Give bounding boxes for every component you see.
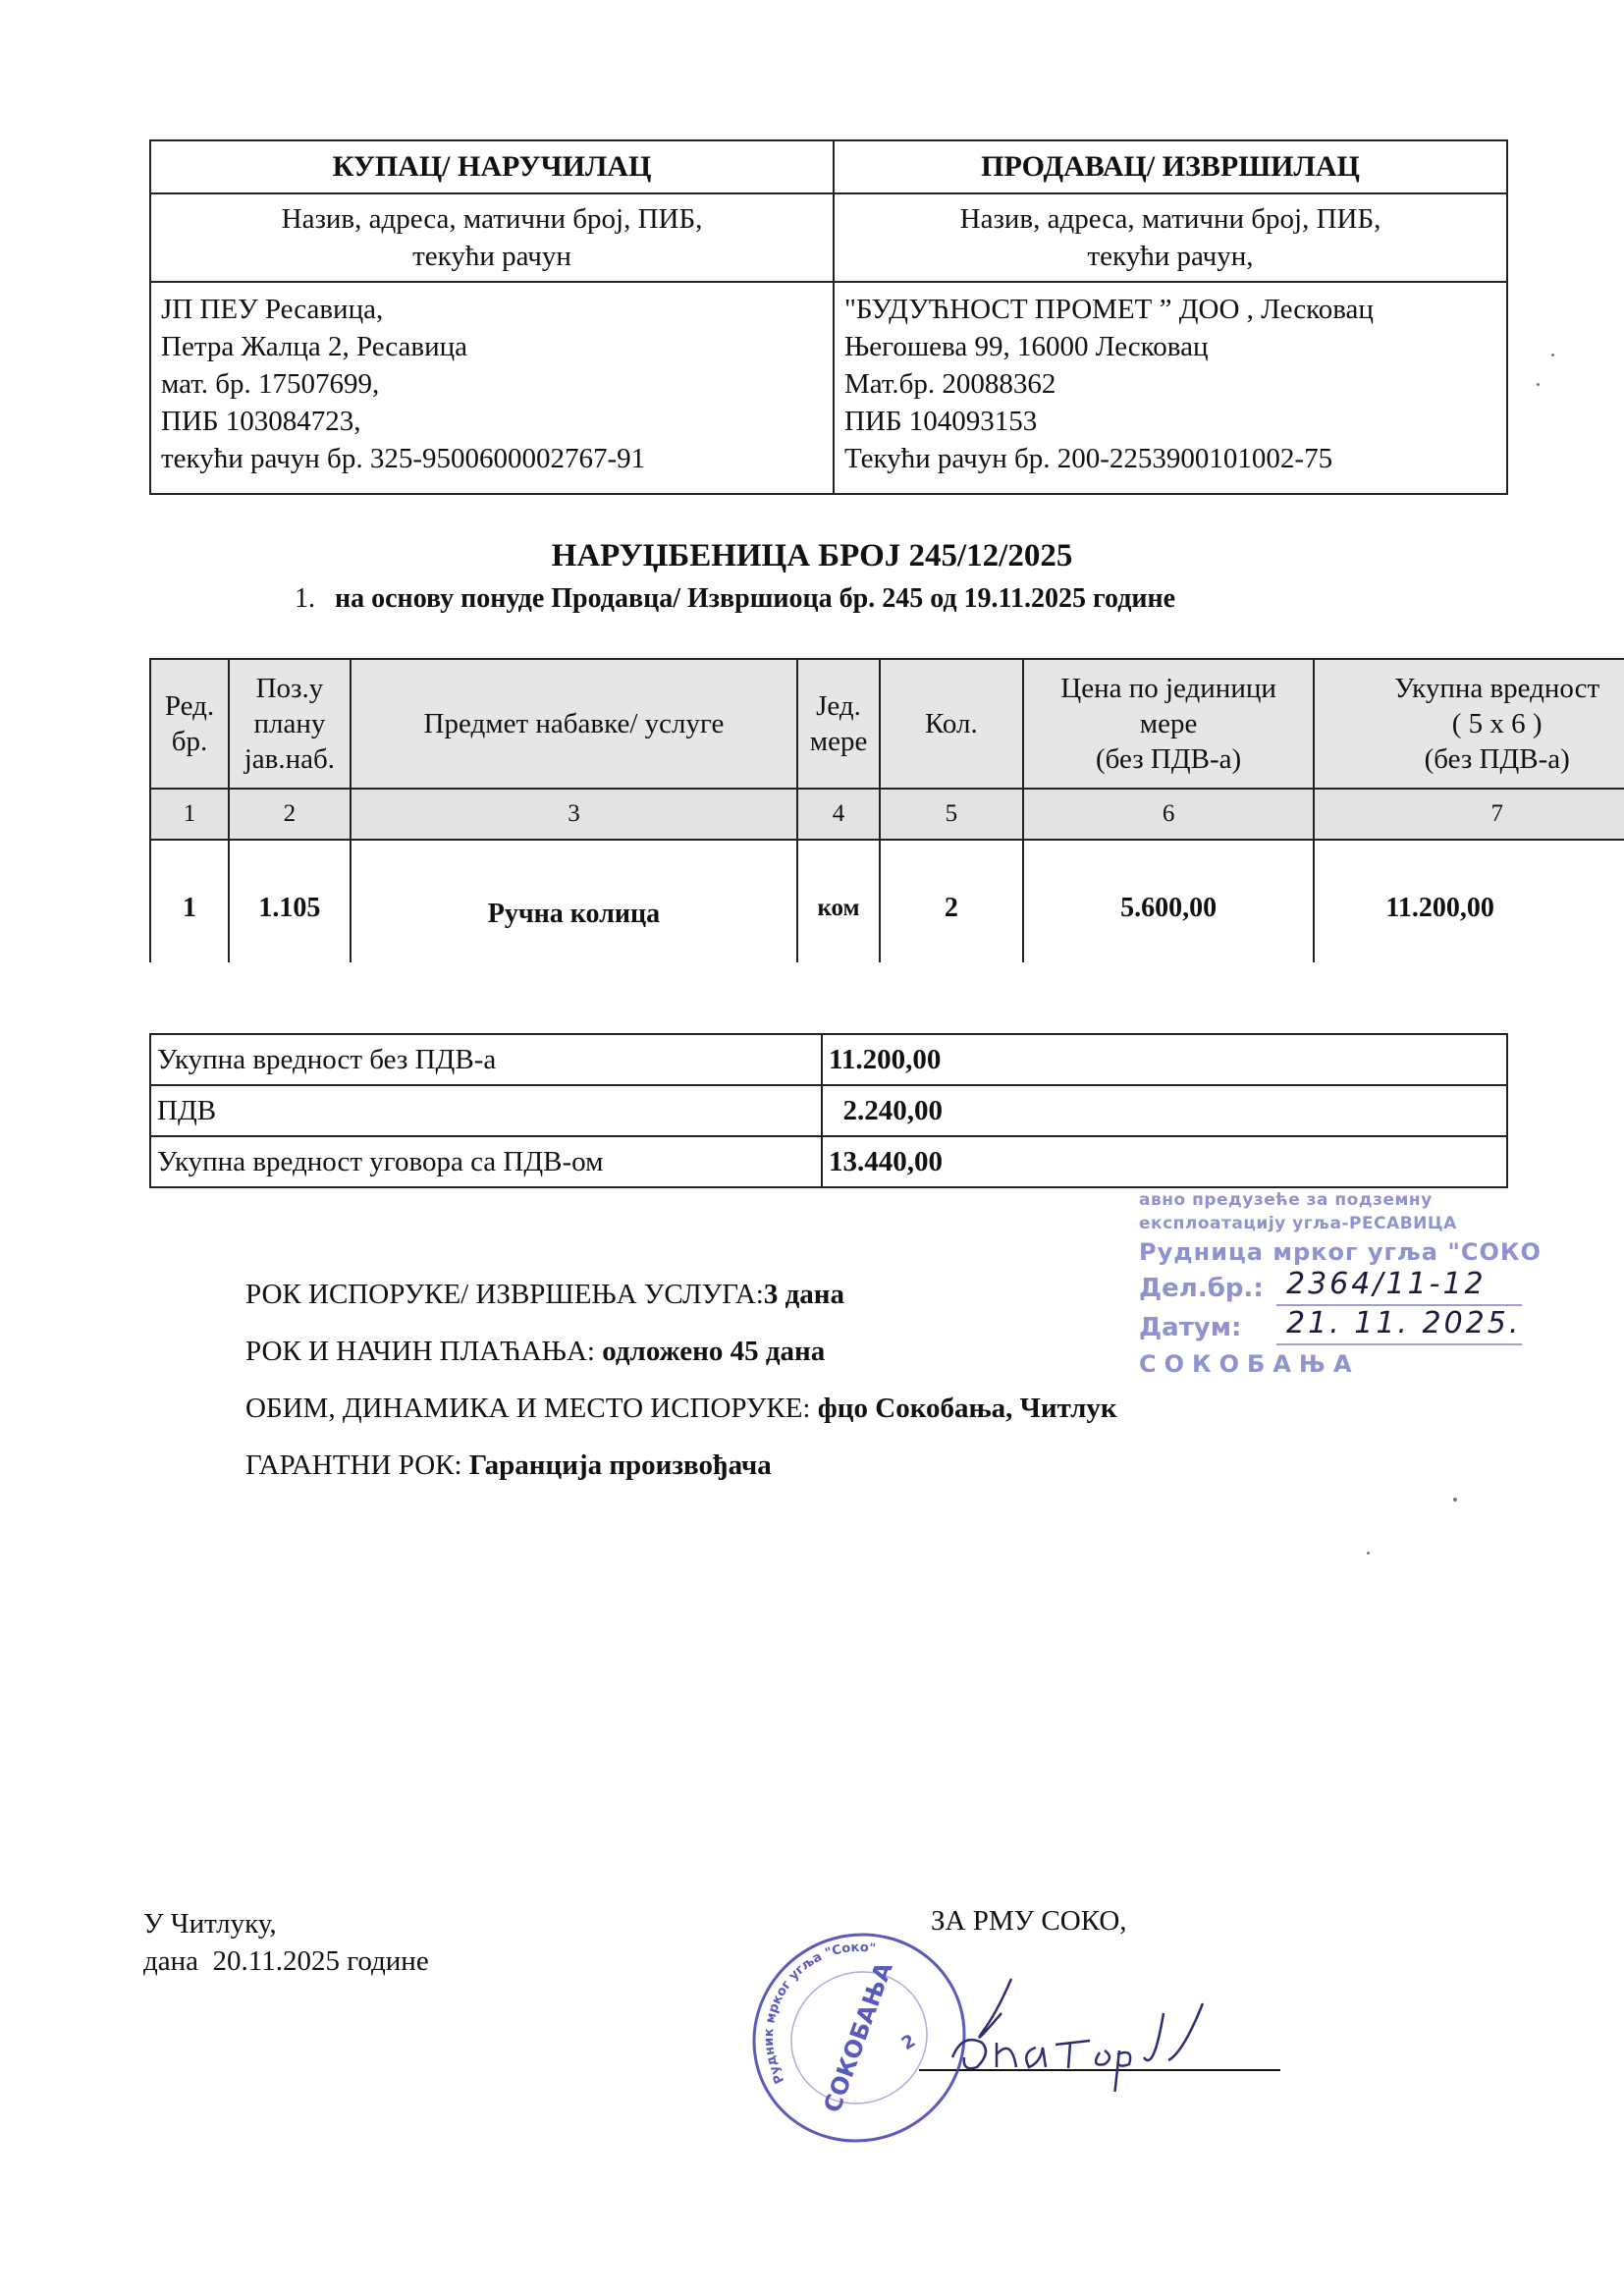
delivery-place-term: ОБИМ, ДИНАМИКА И МЕСТО ИСПОРУКЕ: фцо Сок… [245,1393,1117,1425]
column-header: Ред.бр. [150,659,229,789]
column-header: Јед.мере [797,659,880,789]
round-stamp-icon: Рудник мрког угља "Соко" СОКОБАЊА 2 [746,1925,972,2151]
signature-icon [943,1974,1276,2092]
term-label: РОК ИСПОРУКЕ/ ИЗВРШЕЊА УСЛУГА: [245,1279,764,1310]
buyer-subheader-line: Назив, адреса, матични број, ПИБ, [159,200,825,238]
stamp-reg-label: Дел.бр.: [1139,1274,1264,1303]
term-label: РОК И НАЧИН ПЛАЋАЊА: [245,1336,602,1367]
seller-header: ПРОДАВАЦ/ ИЗВРШИЛАЦ [834,140,1507,193]
offer-reference: 1.на основу понуде Продавца/ Извршиоца б… [295,583,1175,615]
term-value: 3 дана [764,1279,844,1310]
scan-artifact [1367,1552,1370,1555]
column-header-line: (без ПДВ-а) [1316,741,1624,777]
seller-bank-account: Текући рачун бр. 200-2253900101002-75 [844,440,1498,477]
item-name: Ручна колица [351,840,797,962]
column-header-line: Цена по јединици [1025,671,1313,706]
buyer-tax-id: ПИБ 103084723, [161,403,825,440]
plan-position: 1.105 [229,840,351,962]
table-row: 1 1.105 Ручна колица ком 2 5.600,00 11.2… [150,840,1624,962]
round-stamp-city: СОКОБАЊА [818,1958,897,2116]
unit: ком [797,840,880,962]
buyer-header: КУПАЦ/ НАРУЧИЛАЦ [150,140,834,193]
column-number: 5 [880,789,1023,840]
buyer-name: ЈП ПЕУ Ресавица, [161,291,825,328]
quantity: 2 [880,840,1023,962]
stamp-date-label: Датум: [1139,1313,1241,1342]
buyer-subheader: Назив, адреса, матични број, ПИБ, текући… [150,193,834,282]
buyer-subheader-line: текући рачун [159,238,825,275]
seller-details: "БУДУЋНОСТ ПРОМЕТ ” ДОО , Лесковац Његош… [834,282,1507,494]
place-and-date: У Читлуку, дана 20.11.2025 године [143,1905,429,1980]
term-value: Гаранција произвођача [469,1449,772,1481]
term-label: ОБИМ, ДИНАМИКА И МЕСТО ИСПОРУКЕ: [245,1393,818,1424]
column-header: Цена по јединицимере(без ПДВ-а) [1023,659,1315,789]
column-header: Укупна вредност( 5 х 6 )(без ПДВ-а) [1314,659,1624,789]
seller-subheader-line: Назив, адреса, матични број, ПИБ, [842,200,1498,238]
column-header: Предмет набавке/ услуге [351,659,797,789]
summary-value: 2.240,00 [822,1085,1507,1136]
column-header-line: Кол. [882,706,1021,741]
column-number-row: 1234567 [150,789,1624,840]
buyer-bank-account: текући рачун бр. 325-9500600002767-91 [161,440,825,477]
stamp-date-value: 21. 11. 2025. [1286,1304,1521,1343]
items-table: Ред.бр.Поз.упланујав.наб.Предмет набавке… [149,658,1624,962]
column-header-line: јав.наб. [231,741,349,777]
buyer-address: Петра Жалца 2, Ресавица [161,328,825,365]
items-table-container: Ред.бр.Поз.упланујав.наб.Предмет набавке… [149,658,1624,962]
seller-subheader: Назив, адреса, матични број, ПИБ, текући… [834,193,1507,282]
column-header-line: плану [231,706,349,741]
seller-subheader-line: текући рачун, [842,238,1498,275]
summary-value: 11.200,00 [822,1034,1507,1085]
column-number: 2 [229,789,351,840]
buyer-reg-number: мат. бр. 17507699, [161,365,825,403]
stamp-city: СОКОБАЊА [1139,1347,1532,1381]
column-number: 1 [150,789,229,840]
summary-label: ПДВ [150,1085,822,1136]
column-header-line: ( 5 х 6 ) [1316,706,1624,741]
offer-reference-text: на основу понуде Продавца/ Извршиоца бр.… [335,583,1175,614]
summary-row-net: Укупна вредност без ПДВ-а 11.200,00 [150,1034,1507,1085]
items-header-row: Ред.бр.Поз.упланујав.наб.Предмет набавке… [150,659,1624,789]
column-header-line: Ред. [152,688,227,724]
stamp-reg-field: Дел.бр.: 2364/11-12 [1139,1269,1532,1308]
summary-row-vat: ПДВ 2.240,00 [150,1085,1507,1136]
buyer-details: ЈП ПЕУ Ресавица, Петра Жалца 2, Ресавица… [150,282,834,494]
column-header: Кол. [880,659,1023,789]
column-header-line: Предмет набавке/ услуге [352,706,795,741]
column-number: 7 [1314,789,1624,840]
column-header-line: мере [1025,706,1313,741]
summary-row-gross: Укупна вредност уговора са ПДВ-ом 13.440… [150,1136,1507,1187]
scan-artifact [1453,1498,1457,1502]
underline [1276,1343,1522,1345]
delivery-term: РОК ИСПОРУКЕ/ ИЗВРШЕЊА УСЛУГА:3 дана [245,1279,844,1311]
scan-artifact [1551,354,1554,356]
seller-name: "БУДУЋНОСТ ПРОМЕТ ” ДОО , Лесковац [844,291,1498,328]
column-header-line: Јед. [799,688,878,724]
payment-term: РОК И НАЧИН ПЛАЋАЊА: одложено 45 дана [245,1336,825,1368]
place: У Читлуку, [143,1905,429,1942]
seller-address: Његошева 99, 16000 Лесковац [844,328,1498,365]
summary-value: 13.440,00 [822,1136,1507,1187]
stamp-date-field: Датум: 21. 11. 2025. [1139,1308,1532,1347]
row-number: 1 [150,840,229,962]
seller-tax-id: ПИБ 104093153 [844,403,1498,440]
term-label: ГАРАНТНИ РОК: [245,1449,469,1481]
issue-date: дана 20.11.2025 године [143,1942,429,1980]
unit-price: 5.600,00 [1023,840,1315,962]
svg-text:Рудник мрког угља "Соко": Рудник мрког угља "Соко" [746,1925,914,2087]
column-number: 6 [1023,789,1315,840]
stamp-line: авно предузеће за подземну [1139,1188,1532,1212]
registration-stamp: авно предузеће за подземну експлоатацију… [1139,1188,1532,1381]
page-title: НАРУЏБЕНИЦА БРОЈ 245/12/2025 [0,538,1624,574]
summary-label: Укупна вредност уговора са ПДВ-ом [150,1136,822,1187]
column-number: 4 [797,789,880,840]
warranty-term: ГАРАНТНИ РОК: Гаранција произвођача [245,1449,772,1482]
stamp-line: експлоатацију угља-РЕСАВИЦА [1139,1212,1532,1235]
list-number: 1. [295,583,315,614]
term-value: фцо Сокобања, Читлук [818,1393,1117,1424]
round-stamp-text: Рудник мрког угља "Соко" [746,1925,914,2087]
column-header-line: Укупна вредност [1316,671,1624,706]
column-header: Поз.упланујав.наб. [229,659,351,789]
summary-label: Укупна вредност без ПДВ-а [150,1034,822,1085]
column-header-line: мере [799,724,878,759]
stamp-reg-value: 2364/11-12 [1286,1265,1487,1304]
column-number: 3 [351,789,797,840]
column-header-line: (без ПДВ-а) [1025,741,1313,777]
scan-artifact [1537,383,1540,386]
svg-text:2: 2 [898,2031,919,2054]
stamp-line: Рудница мрког угља "СОКО [1139,1235,1532,1269]
parties-table: КУПАЦ/ НАРУЧИЛАЦ ПРОДАВАЦ/ ИЗВРШИЛАЦ Наз… [149,139,1508,495]
summary-table: Укупна вредност без ПДВ-а 11.200,00 ПДВ … [149,1033,1508,1188]
column-header-line: Поз.у [231,671,349,706]
column-header-line: бр. [152,724,227,759]
seller-reg-number: Мат.бр. 20088362 [844,365,1498,403]
term-value: одложено 45 дана [602,1336,825,1367]
line-total: 11.200,00 [1314,840,1624,962]
